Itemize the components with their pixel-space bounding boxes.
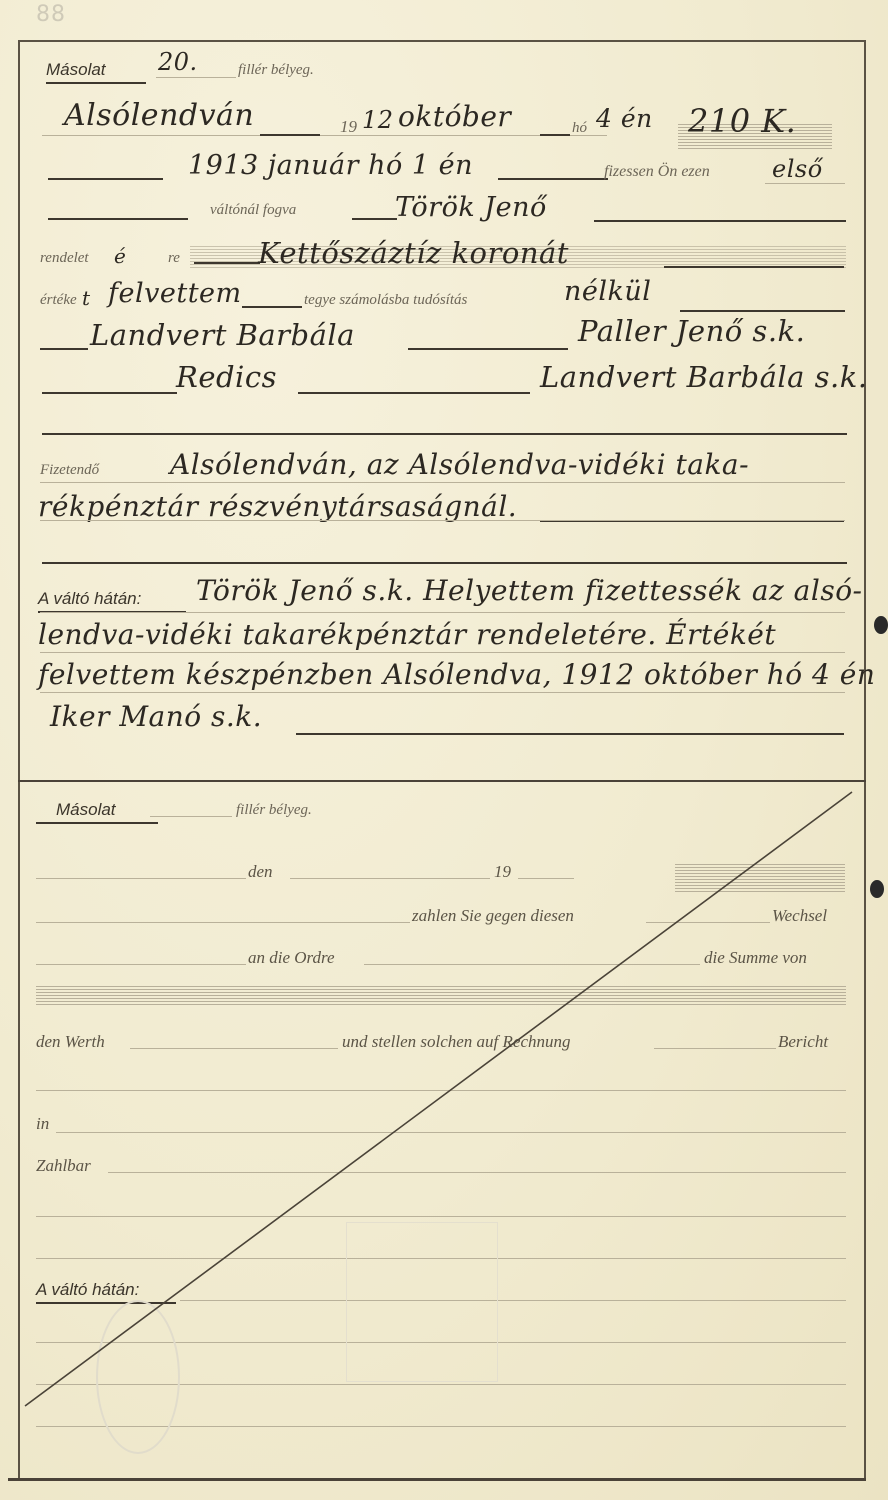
cancellation-strike-icon bbox=[0, 0, 888, 1500]
